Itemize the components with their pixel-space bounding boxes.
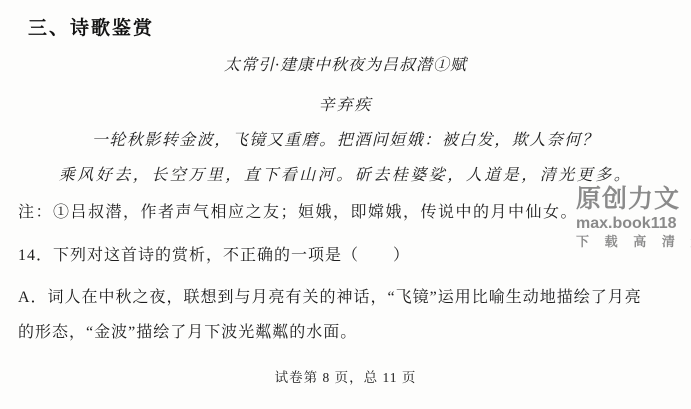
note-text: 注：①吕叔潜，作者声气相应之友；姮娥，即嫦娥，传说中的月中仙女。 <box>18 199 578 222</box>
poem-line-1: 一轮秋影转金波，飞镜又重磨。把酒问姮娥：被白发，欺人奈何？ <box>0 127 691 150</box>
watermark-brand-text: 原创力文 <box>576 186 691 214</box>
poem-author: 辛弃疾 <box>0 92 691 115</box>
exam-paper-page: 三、诗歌鉴赏 太常引·建康中秋夜为吕叔潜①赋 辛弃疾 一轮秋影转金波，飞镜又重磨… <box>0 0 691 409</box>
option-a-line-1: A．词人在中秋之夜，联想到与月亮有关的神话，“飞镜”运用比喻生动地描绘了月亮 <box>18 284 642 307</box>
watermark: 原创力文 max.book118 下 载 高 清 无 <box>576 186 691 249</box>
option-a-line-2: 的形态，“金波”描绘了月下波光粼粼的水面。 <box>18 319 357 342</box>
section-heading: 三、诗歌鉴赏 <box>28 13 154 40</box>
poem-line-2: 乘风好去，长空万里，直下看山河。斫去桂婆娑，人道是，清光更多。 <box>0 162 691 185</box>
question-text: 14．下列对这首诗的赏析，不正确的一项是（ ） <box>18 242 410 265</box>
page-footer: 试卷第 8 页，总 11 页 <box>0 366 691 386</box>
watermark-tagline-text: 下 载 高 清 无 <box>576 235 691 249</box>
poem-title: 太常引·建康中秋夜为吕叔潜①赋 <box>0 52 691 75</box>
watermark-site-text: max.book118 <box>576 215 691 233</box>
